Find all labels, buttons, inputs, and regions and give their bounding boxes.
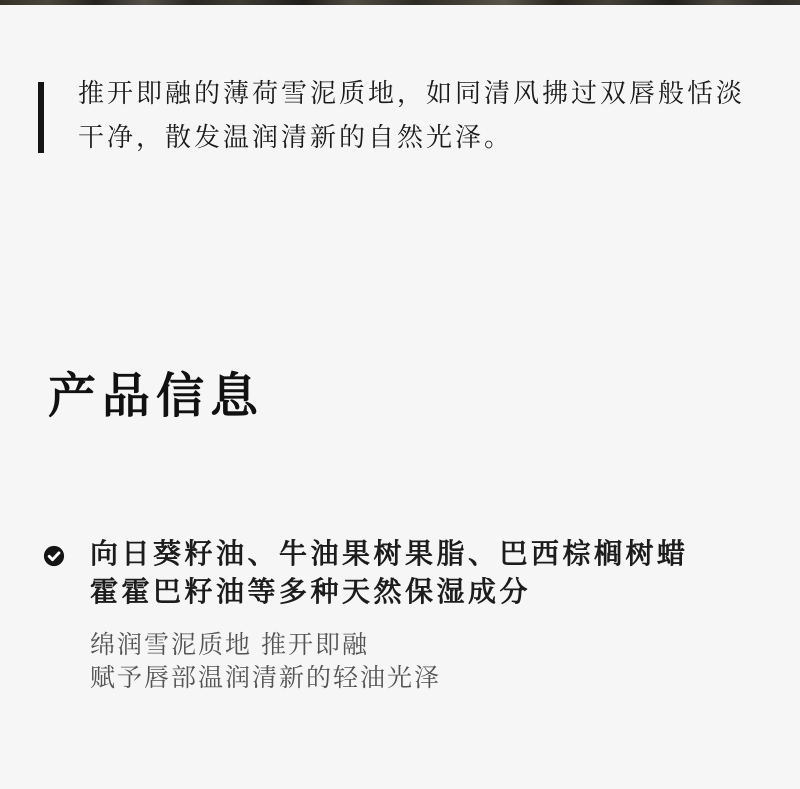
product-quote: 推开即融的薄荷雪泥质地，如同清风拂过双唇般恬淡 干净，散发温润清新的自然光泽。 <box>78 71 778 159</box>
feature-detail: 绵润雪泥质地 推开即融 赋予唇部温润清新的轻油光泽 <box>90 629 441 695</box>
section-title: 产品信息 <box>48 369 264 425</box>
feature-detail-line: 绵润雪泥质地 推开即融 <box>90 629 441 662</box>
feature-highlight-line: 霍霍巴籽油等多种天然保湿成分 <box>90 573 689 611</box>
quote-accent-bar <box>38 82 44 153</box>
feature-highlight: 向日葵籽油、牛油果树果脂、巴西棕榈树蜡 霍霍巴籽油等多种天然保湿成分 <box>90 535 689 611</box>
product-info-page: 推开即融的薄荷雪泥质地，如同清风拂过双唇般恬淡 干净，散发温润清新的自然光泽。 … <box>0 0 800 789</box>
cropped-photo-strip <box>0 0 800 5</box>
quote-line: 推开即融的薄荷雪泥质地，如同清风拂过双唇般恬淡 <box>78 71 778 115</box>
feature-highlight-line: 向日葵籽油、牛油果树果脂、巴西棕榈树蜡 <box>90 535 689 573</box>
check-circle-icon <box>43 545 65 567</box>
quote-line: 干净，散发温润清新的自然光泽。 <box>78 115 778 159</box>
feature-detail-line: 赋予唇部温润清新的轻油光泽 <box>90 662 441 695</box>
